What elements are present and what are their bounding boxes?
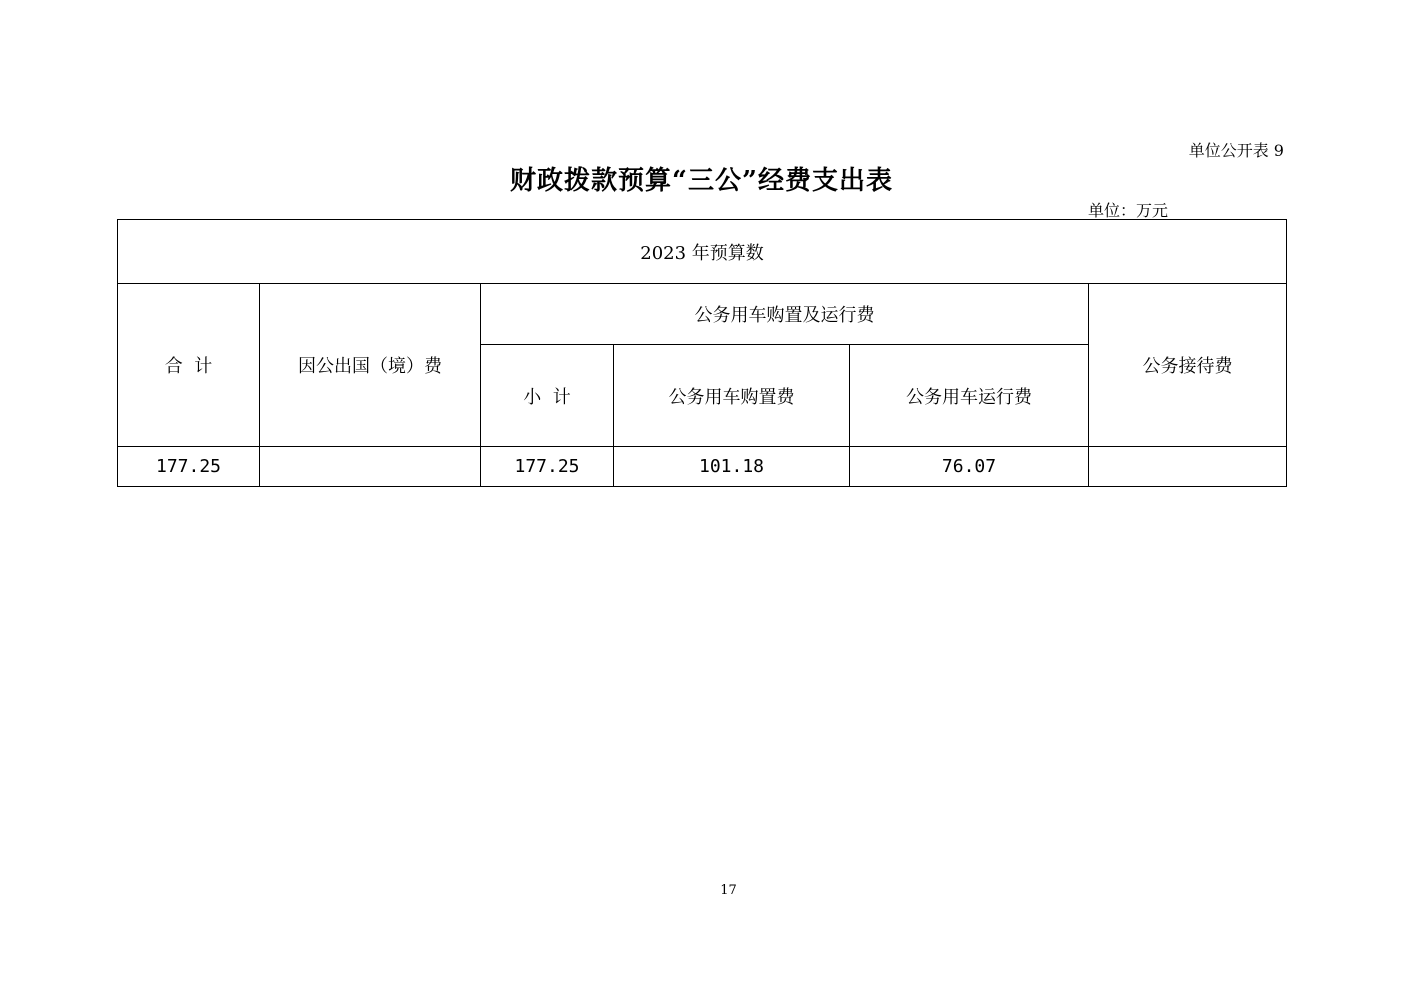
header-total: 合 计 [118,284,260,447]
header-reception: 公务接待费 [1089,284,1287,447]
cell-reception [1089,447,1287,487]
cell-vehicle-purchase: 101.18 [614,447,850,487]
page-title: 财政拨款预算“三公”经费支出表 [0,160,1403,197]
unit-label: 单位：万元 [1040,198,1168,221]
header-vehicle-operation: 公务用车运行费 [850,345,1089,447]
header-row-1: 合 计 因公出国（境）费 公务用车购置及运行费 公务接待费 [118,284,1287,345]
header-vehicle-subtotal: 小 计 [481,345,614,447]
header-overseas: 因公出国（境）费 [260,284,481,447]
form-number: 单位公开表 9 [1150,138,1284,161]
cell-total: 177.25 [118,447,260,487]
header-vehicle-purchase: 公务用车购置费 [614,345,850,447]
page-number: 17 [0,883,1403,898]
three-public-expenses-table: 2023 年预算数 合 计 因公出国（境）费 公务用车购置及运行费 公务接待费 … [117,219,1287,487]
year-header-row: 2023 年预算数 [118,220,1287,284]
cell-vehicle-subtotal: 177.25 [481,447,614,487]
cell-overseas [260,447,481,487]
table-row: 177.25 177.25 101.18 76.07 [118,447,1287,487]
cell-vehicle-operation: 76.07 [850,447,1089,487]
header-vehicle-group: 公务用车购置及运行费 [481,284,1089,345]
year-header: 2023 年预算数 [118,220,1287,284]
